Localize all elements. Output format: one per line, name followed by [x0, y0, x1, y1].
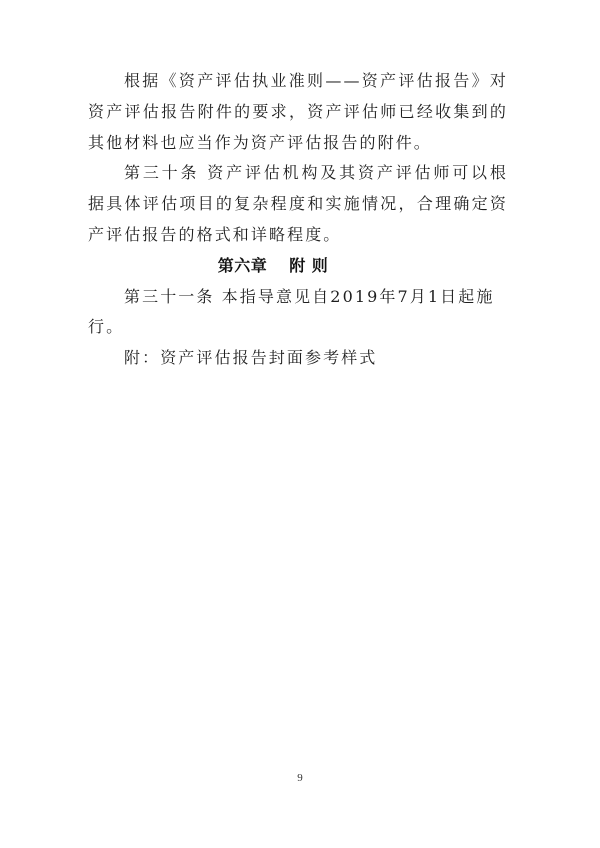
- document-page: 根据《资产评估执业准则——资产评估报告》对资产评估报告附件的要求，资产评估师已经…: [0, 0, 600, 848]
- paragraph-article-30: 第三十条 资产评估机构及其资产评估师可以根据具体评估项目的复杂程度和实施情况，合…: [88, 158, 508, 250]
- chapter-number: 第六章: [218, 256, 268, 275]
- paragraph-article-31: 第三十一条 本指导意见自2019年7月1日起施行。: [88, 282, 508, 344]
- chapter-title: 附 则: [289, 256, 328, 275]
- paragraph-appendix-note: 附：资产评估报告封面参考样式: [88, 343, 508, 374]
- page-number: 9: [0, 772, 600, 784]
- paragraph-attachments-requirement: 根据《资产评估执业准则——资产评估报告》对资产评估报告附件的要求，资产评估师已经…: [88, 66, 508, 158]
- chapter-heading: 第六章附 则: [88, 251, 458, 282]
- document-body: 根据《资产评估执业准则——资产评估报告》对资产评估报告附件的要求，资产评估师已经…: [88, 66, 508, 374]
